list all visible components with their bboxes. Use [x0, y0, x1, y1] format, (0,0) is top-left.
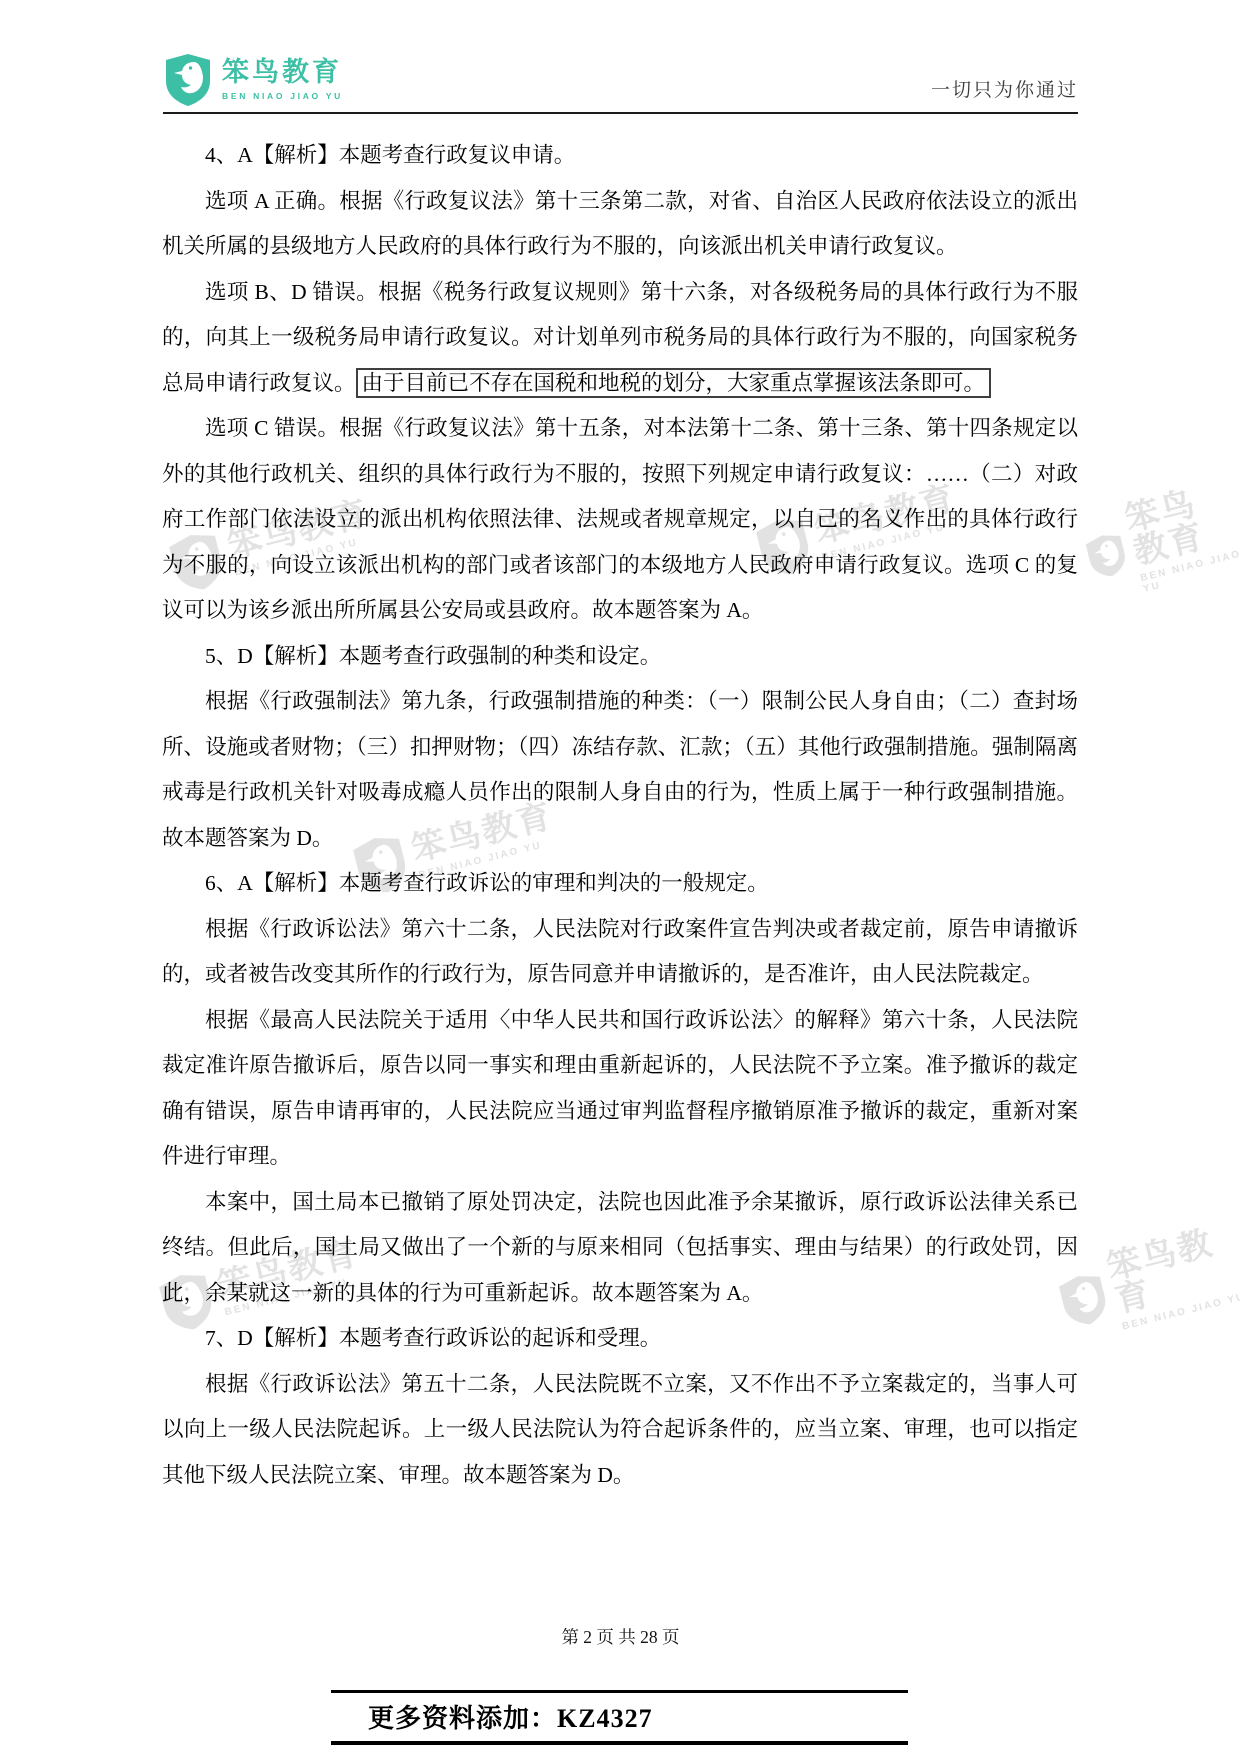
paragraph: 选项 B、D 错误。根据《税务行政复议规则》第十六条，对各级税务局的具体行政行为… [162, 270, 1078, 407]
page-number: 第 2 页 共 28 页 [163, 1624, 1078, 1649]
paragraph-answer-6: 6、A【解析】本题考查行政诉讼的审理和判决的一般规定。 [162, 861, 1078, 907]
paragraph: 根据《行政强制法》第九条，行政强制措施的种类：（一）限制公民人身自由；（二）查封… [162, 679, 1078, 861]
paragraph: 选项 A 正确。根据《行政复议法》第十三条第二款，对省、自治区人民政府依法设立的… [162, 179, 1078, 270]
boxed-annotation: 由于目前已不存在国税和地税的划分，大家重点掌握该法条即可。 [356, 368, 992, 398]
paragraph-answer-5: 5、D【解析】本题考查行政强制的种类和设定。 [162, 634, 1078, 680]
paragraph: 根据《行政诉讼法》第五十二条，人民法院既不立案，又不作出不予立案裁定的，当事人可… [162, 1362, 1078, 1499]
brand-name-cn: 笨鸟教育 [222, 59, 343, 86]
paragraph: 选项 C 错误。根据《行政复议法》第十五条，对本法第十二条、第十三条、第十四条规… [162, 406, 1078, 634]
document-body: 4、A【解析】本题考查行政复议申请。 选项 A 正确。根据《行政复议法》第十三条… [162, 133, 1078, 1498]
brand-name-en: BEN NIAO JIAO YU [222, 91, 343, 101]
paragraph: 根据《最高人民法院关于适用〈中华人民共和国行政诉讼法〉的解释》第六十条，人民法院… [162, 998, 1078, 1180]
paragraph-answer-4: 4、A【解析】本题考查行政复议申请。 [162, 133, 1078, 179]
watermark: 笨鸟教育BEN NIAO JIAO YU [1076, 478, 1240, 607]
bird-shield-icon [163, 53, 213, 107]
page-header: 笨鸟教育 BEN NIAO JIAO YU 一切只为你通过 [163, 46, 1078, 114]
brand-logo: 笨鸟教育 BEN NIAO JIAO YU [163, 53, 343, 112]
watermark: 笨鸟教育BEN NIAO JIAO YU [1051, 1221, 1240, 1346]
paragraph: 本案中，国土局本已撤销了原处罚决定，法院也因此准予余某撤诉，原行政诉讼法律关系已… [162, 1180, 1078, 1317]
promo-banner: 更多资料添加：KZ4327 [331, 1690, 908, 1745]
brand-logo-text: 笨鸟教育 BEN NIAO JIAO YU [222, 59, 343, 101]
watermark-bird-shield-icon [1080, 523, 1133, 589]
paragraph: 根据《行政诉讼法》第六十二条，人民法院对行政案件宣告判决或者裁定前，原告申请撤诉… [162, 907, 1078, 998]
header-tagline: 一切只为你通过 [931, 75, 1078, 112]
paragraph-answer-7: 7、D【解析】本题考查行政诉讼的起诉和受理。 [162, 1316, 1078, 1362]
document-page: 笨鸟教育 BEN NIAO JIAO YU 一切只为你通过 笨鸟教育BEN NI… [0, 0, 1240, 1754]
